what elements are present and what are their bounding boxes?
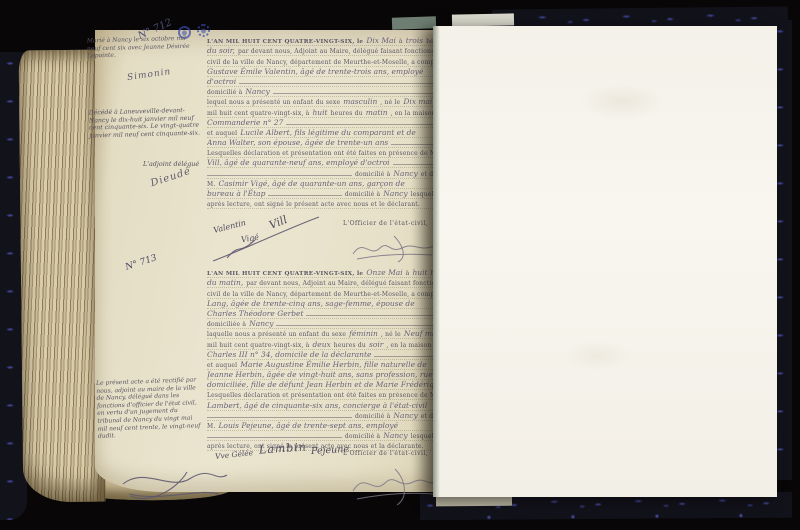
handwritten-text: trois [406,36,423,45]
handwritten-text: Gustave Émile Valentin, âgé de trente-tr… [207,67,423,76]
act-line: domiciliée, fille de défunt Jean Herbin … [207,380,437,390]
handwritten-text: huit [412,268,427,277]
printed-text: domicilié à [345,191,380,198]
handwritten-text: Marie Augustine Émilie Herbin, fille nat… [240,360,426,369]
printed-text: mil huit cent quatre-vingt-six, à [207,342,309,349]
act-line: lequel nous a présenté un enfant du sexe… [207,97,437,107]
handwritten-text: féminin [349,329,378,338]
printed-text: domiciliée à [207,321,246,328]
rule-fill [306,315,437,316]
act2-officer-label: L'Officier de l'état-civil, [343,450,428,457]
printed-text: Lesquelles déclaration et présentation o… [207,150,437,157]
printed-text: L'AN MIL HUIT CENT QUATRE-VINGT-SIX, le [207,271,363,277]
act-line: Anna Walter, son épouse, âgée de trente-… [207,138,437,148]
act-line: Charles III n° 34, domicile de la déclar… [207,350,437,360]
act-line: mil huit cent quatre-vingt-six, àdeuxheu… [207,339,437,349]
rule-fill [268,195,341,196]
act2-number: N° 713 [124,253,158,273]
act2-body: L'AN MIL HUIT CENT QUATRE-VINGT-SIX, leO… [207,268,437,451]
act-line: et auquelMarie Augustine Émilie Herbin, … [207,360,437,370]
handwritten-text: Lucile Albert, fils légitime du comparan… [240,128,416,137]
handwritten-text: Louis Pejeune, âgé de trente-sept ans, e… [218,421,398,430]
act-line: mil huit cent quatre-vingt-six, àhuitheu… [207,107,437,117]
rule-fill [276,325,437,326]
act-line: domicilié àNancyet de [207,168,437,178]
rule-fill [239,83,437,84]
act-line: Commanderie n° 27 [207,118,437,128]
printed-text: par devant nous, Adjoint au Maire, délég… [238,48,437,55]
act-line: domiciliée àNancy [207,319,437,329]
printed-text: à [406,270,410,277]
printed-text: domicilié à [355,171,390,178]
act2-officer-signature [347,461,439,509]
printed-text: après lecture, ont signé le présent acte… [207,201,420,208]
handwritten-text: Casimir Vigé, âgé de quarante-un ans, ga… [218,179,404,188]
printed-text: domicilié à [207,89,242,96]
signature-flourish-stroke [207,214,325,266]
handwritten-text: deux [312,340,330,349]
printed-text: civil de la ville de Nancy, département … [207,59,437,66]
act-line: et auquelLucile Albert, fils légitime du… [207,128,437,138]
handwritten-text: d'octroi [207,77,236,86]
act1-officer-label: L'Officier de l'état-civil, [343,220,428,227]
handwritten-text: bureau à l'Étap [207,189,265,198]
handwritten-text: Commanderie n° 27 [207,118,283,127]
handwritten-text: soir [369,340,383,349]
act-line: d'octroi [207,77,437,87]
rule-fill [393,164,437,165]
act1-death-margin-signature: Dieudé [149,166,192,189]
handwritten-text: matin [366,108,388,117]
act1-death-margin-role: L'adjoint délégué [143,160,199,168]
printed-text: , en la maison [386,342,431,349]
act-line: du soir,par devant nous, Adjoint au Mair… [207,46,437,56]
handwritten-text: Nancy [383,431,407,440]
printed-text: civil de la ville de Nancy, département … [207,291,437,298]
rule-fill [207,175,352,176]
printed-text: , né le [381,331,401,338]
handwritten-text: masculin [343,97,377,106]
registry-book-scan: N° 712 Marié à Nancy le six octobre mil … [0,0,800,530]
handwritten-text: domiciliée, fille de défunt Jean Herbin … [207,380,437,389]
handwritten-text: Lang, âgée de trente-cinq ans, sage-femm… [207,299,415,308]
rule-fill [374,356,437,357]
act-line: M.Louis Pejeune, âgé de trente-sept ans,… [207,421,437,431]
printed-text: M. [207,181,215,188]
handwritten-text: Lambert, âgé de cinquante-six ans, conci… [207,401,427,410]
printed-text: domicilié à [345,433,380,440]
page-edge-sliver [452,13,514,26]
printed-text: , né le [380,99,400,106]
handwritten-text: huit [312,108,327,117]
handwritten-text: Nancy [245,87,269,96]
act-line: domicilié àNancylesquels [207,431,437,441]
printed-text: Lesquelles déclaration et présentation o… [207,392,437,399]
printed-text: L'AN MIL HUIT CENT QUATRE-VINGT-SIX, le [207,39,363,45]
act-line: Lambert, âgé de cinquante-six ans, conci… [207,400,437,410]
act-line: L'AN MIL HUIT CENT QUATRE-VINGT-SIX, leO… [207,268,437,278]
act-line: domicilié àNancy [207,87,437,97]
act1-marriage-margin-signature: Simonin [127,67,172,83]
printed-text: heures du [331,110,363,117]
act-line: Gustave Émile Valentin, âgé de trente-tr… [207,67,437,77]
act1-marriage-margin-note: Marié à Nancy le six octobre mil neuf ce… [87,35,200,61]
handwritten-text: Nancy [383,189,407,198]
act1-body: L'AN MIL HUIT CENT QUATRE-VINGT-SIX, leD… [207,36,437,209]
handwritten-text: Vill, âgé de quarante-neuf ans, employé … [207,158,390,167]
rule-fill [207,417,352,418]
act-line: Lesquelles déclaration et présentation o… [207,390,437,400]
handwritten-text: du soir, [207,46,235,55]
rule-fill [273,93,437,94]
act-line: civil de la ville de Nancy, département … [207,56,437,66]
act-line: après lecture, ont signé le présent acte… [207,199,437,209]
act-line: civil de la ville de Nancy, département … [207,288,437,298]
rule-fill [391,144,437,145]
page-edge-bottom-sliver [436,496,512,507]
act-line: Vill, âgé de quarante-neuf ans, employé … [207,158,437,168]
act-line: L'AN MIL HUIT CENT QUATRE-VINGT-SIX, leD… [207,36,437,46]
act2-witness-signature: Lambin [259,440,308,456]
printed-text: domicilié à [355,413,390,420]
handwritten-text: Anna Walter, son épouse, âgée de trente-… [207,138,388,147]
act-line: Charles Théodore Gerbet [207,309,437,319]
printed-text: laquelle nous a présenté un enfant du se… [207,331,346,338]
left-page: N° 712 Marié à Nancy le six octobre mil … [95,30,437,492]
printed-text: par devant nous, Adjoint au Maire, délég… [246,280,437,287]
handwritten-text: Nancy [393,169,417,178]
act-line: bureau à l'Étapdomicilié àNancylesquels [207,189,437,199]
handwritten-text: Dix mai [403,97,432,106]
act1-officer-signature [349,229,437,265]
printed-text: lequel nous a présenté un enfant du sexe [207,99,340,106]
handwritten-text: Nancy [249,319,273,328]
act-line: M.Casimir Vigé, âgé de quarante-un ans, … [207,179,437,189]
act-line: domicilié àNancyet de [207,411,437,421]
printed-text: à [399,38,403,45]
handwritten-text: Onze Mai [366,268,402,277]
printed-text: mil huit cent quatre-vingt-six, à [207,110,309,117]
gutter-cloth-edge [392,16,436,30]
act1-witness-signatures: Valentin Vigé Vill [213,214,325,266]
rule-fill [286,124,437,125]
act1-death-margin-note: Décédé à Laneuveville-devant-Nancy le di… [89,106,206,139]
rule-fill [207,437,342,438]
handwritten-text: Nancy [393,411,417,420]
handwritten-text: Charles Théodore Gerbet [207,309,303,318]
printed-text: heures du [334,342,366,349]
act-line: Jeanne Herbin, âgée de vingt-huit ans, s… [207,370,437,380]
handwritten-text: Charles III n° 34, domicile de la déclar… [207,350,371,359]
handwritten-text: Jeanne Herbin, âgée de vingt-huit ans, s… [207,370,437,379]
act-line: Lang, âgée de trente-cinq ans, sage-femm… [207,299,437,309]
printed-text: et auquel [207,130,237,137]
handwritten-text: du matin, [207,278,243,287]
act-line: du matin,par devant nous, Adjoint au Mai… [207,278,437,288]
act-line: laquelle nous a présenté un enfant du se… [207,329,437,339]
act2-rectification-margin-note: Le présent acte a été rectifié par nous,… [96,376,204,440]
printed-text: , en la maison [391,110,436,117]
act-line: Lesquelles déclaration et présentation o… [207,148,437,158]
printed-text: et auquel [207,362,237,369]
printed-text: M. [207,423,215,430]
handwritten-text: Dix Mai [366,36,396,45]
right-blank-page [433,26,777,497]
